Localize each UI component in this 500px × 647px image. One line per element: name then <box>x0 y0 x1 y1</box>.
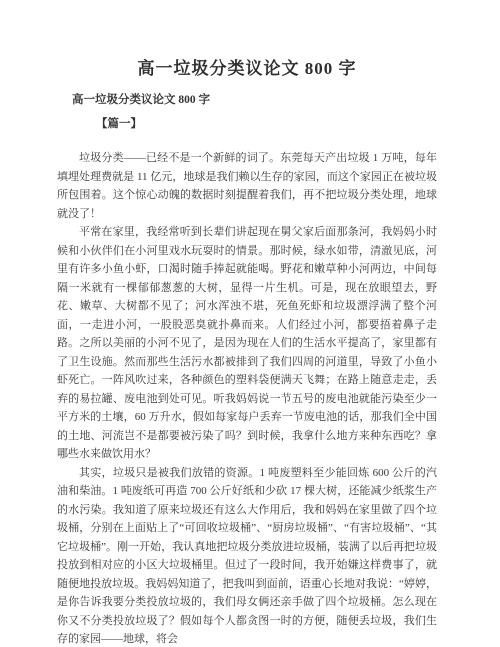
document-body: 垃圾分类——已经不是一个新鲜的词了。东莞每天产出垃圾 1 万吨，每年填埋处理费就… <box>57 149 437 647</box>
paragraph-2: 平常在家里，我经常听到长辈们讲起现在舅父家后面那条河，我妈妈小时候和小伙伴们在小… <box>57 223 437 464</box>
paragraph-1: 垃圾分类——已经不是一个新鲜的词了。东莞每天产出垃圾 1 万吨，每年填埋处理费就… <box>57 149 437 223</box>
paragraph-3: 其实，垃圾只是被我们放错的资源。1 吨废塑料至少能回炼 600 公斤的汽油和柴油… <box>57 464 437 647</box>
section-label: 【篇一】 <box>96 117 437 131</box>
document-title: 高一垃圾分类议论文 800 字 <box>57 57 437 81</box>
document-page: 高一垃圾分类议论文 800 字 高一垃圾分类议论文 800 字 【篇一】 垃圾分… <box>0 0 500 647</box>
document-subtitle: 高一垃圾分类议论文 800 字 <box>72 93 437 107</box>
